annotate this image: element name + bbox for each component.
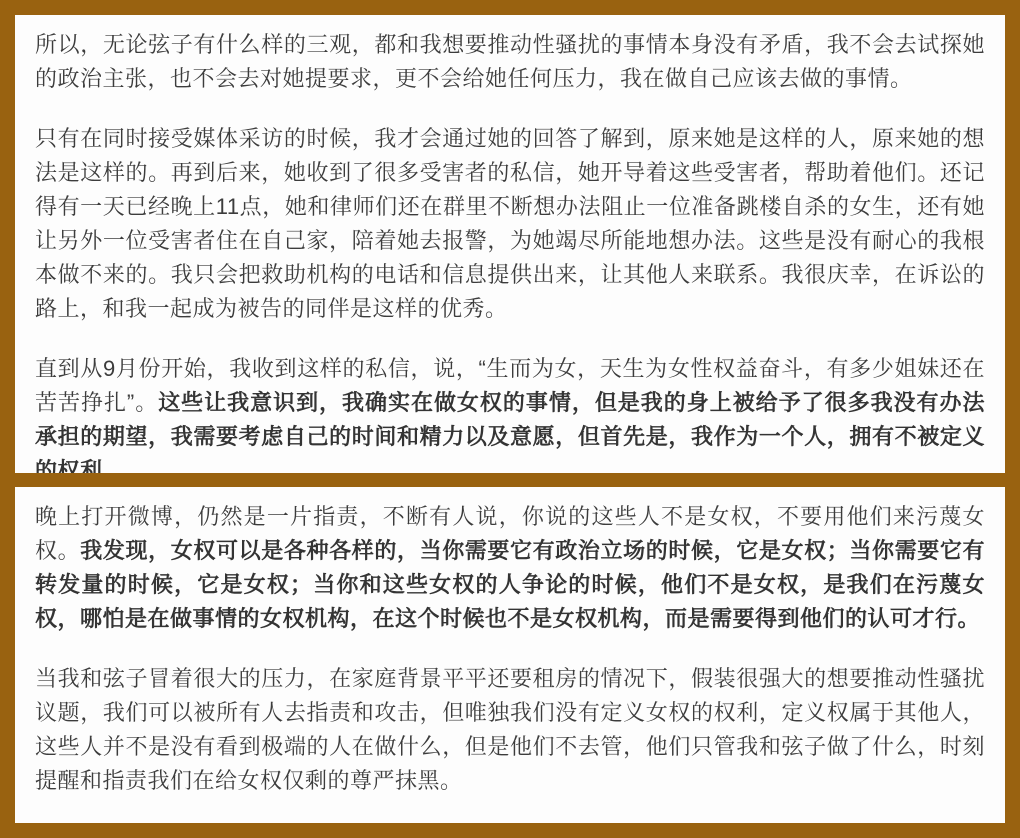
paragraph: 只有在同时接受媒体采访的时候，我才会通过她的回答了解到，原来她是这样的人，原来她… bbox=[35, 122, 985, 326]
text-segment-bold: 我发现，女权可以是各种各样的，当你需要它有政治立场的时候，它是女权；当你需要它有… bbox=[35, 538, 985, 631]
text-segment-bold: 这些让我意识到，我确实在做女权的事情，但是我的身上被给予了很多我没有办法承担的期… bbox=[35, 390, 985, 473]
paragraph: 直到从9月份开始，我收到这样的私信，说，“生而为女，天生为女性权益奋斗，有多少姐… bbox=[35, 352, 985, 473]
paragraph: 所以，无论弦子有什么样的三观，都和我想要推动性骚扰的事情本身没有矛盾，我不会去试… bbox=[35, 28, 985, 96]
text-segment: 当我和弦子冒着很大的压力，在家庭背景平平还要租房的情况下，假装很强大的想要推动性… bbox=[35, 666, 985, 793]
framed-article: 所以，无论弦子有什么样的三观，都和我想要推动性骚扰的事情本身没有矛盾，我不会去试… bbox=[0, 0, 1020, 838]
paragraph: 晚上打开微博，仍然是一片指责，不断有人说，你说的这些人不是女权，不要用他们来污蔑… bbox=[35, 500, 985, 636]
text-panel-upper: 所以，无论弦子有什么样的三观，都和我想要推动性骚扰的事情本身没有矛盾，我不会去试… bbox=[15, 15, 1005, 473]
paragraph: 当我和弦子冒着很大的压力，在家庭背景平平还要租房的情况下，假装很强大的想要推动性… bbox=[35, 662, 985, 798]
text-segment: 只有在同时接受媒体采访的时候，我才会通过她的回答了解到，原来她是这样的人，原来她… bbox=[35, 126, 985, 321]
text-segment: 所以，无论弦子有什么样的三观，都和我想要推动性骚扰的事情本身没有矛盾，我不会去试… bbox=[35, 32, 985, 91]
text-panel-lower: 晚上打开微博，仍然是一片指责，不断有人说，你说的这些人不是女权，不要用他们来污蔑… bbox=[15, 487, 1005, 823]
